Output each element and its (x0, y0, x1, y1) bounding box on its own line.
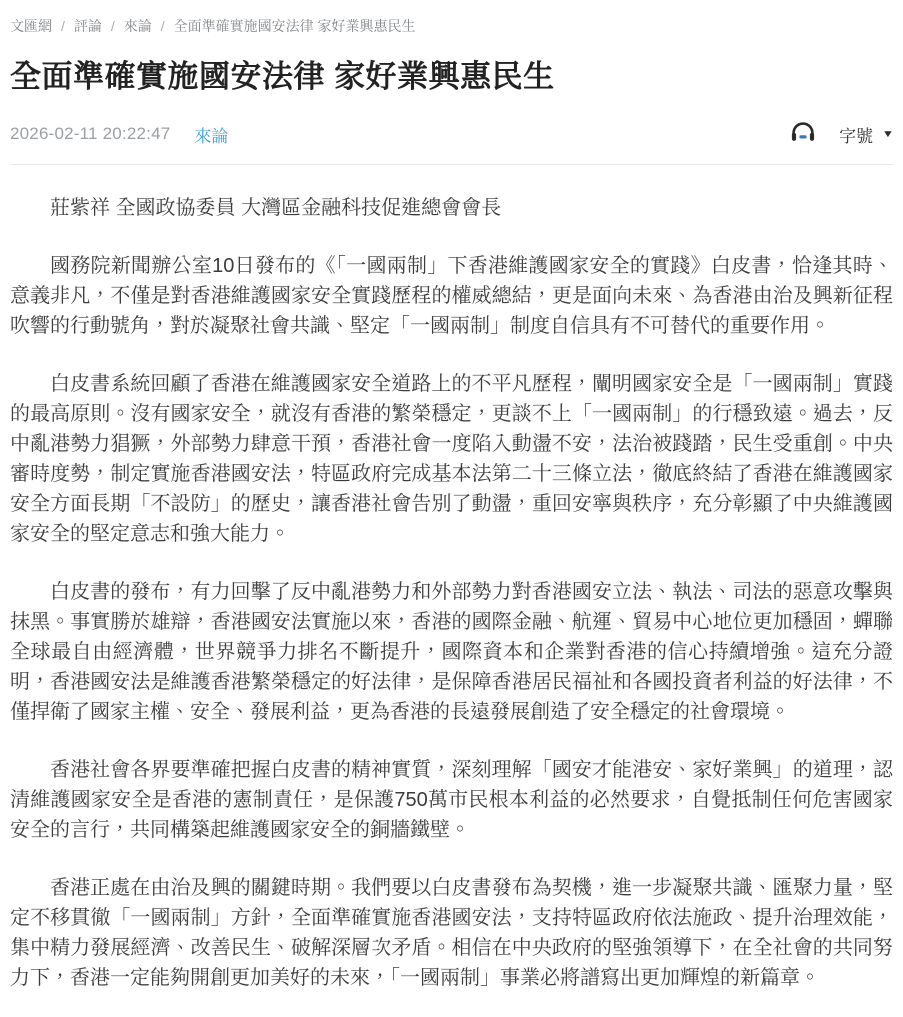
meta-left: 2026-02-11 20:22:47 來論 (10, 122, 228, 147)
font-size-label: 字號 (839, 122, 873, 147)
page-title: 全面準確實施國安法律 家好業興惠民生 (10, 58, 893, 96)
breadcrumb: 文匯網 / 評論 / 來論 / 全面準確實施國安法律 家好業興惠民生 (10, 10, 893, 38)
listen-button[interactable] (789, 120, 817, 148)
article-paragraph: 白皮書系統回顧了香港在維護國家安全道路上的不平凡歷程，闡明國家安全是「一國兩制」… (10, 369, 893, 549)
breadcrumb-separator: / (111, 18, 115, 34)
article-body: 莊紫祥 全國政協委員 大灣區金融科技促進總會會長 國務院新聞辦公室10日發布的《… (10, 193, 893, 993)
caret-down-icon: ▼ (882, 129, 894, 140)
article-meta-row: 2026-02-11 20:22:47 來論 字號 ▼ (10, 120, 893, 148)
article-paragraph: 國務院新聞辦公室10日發布的《「一國兩制」下香港維護國家安全的實踐》白皮書，恰逢… (10, 251, 893, 341)
breadcrumb-section-link[interactable]: 評論 (74, 16, 102, 36)
meta-right: 字號 ▼ (789, 120, 893, 148)
article-paragraph: 香港社會各界要準確把握白皮書的精神實質，深刻理解「國安才能港安、家好業興」的道理… (10, 755, 893, 845)
breadcrumb-current-page: 全面準確實施國安法律 家好業興惠民生 (174, 16, 416, 36)
breadcrumb-separator: / (161, 18, 165, 34)
breadcrumb-separator: / (61, 18, 65, 34)
category-link[interactable]: 來論 (194, 122, 228, 147)
breadcrumb-site-link[interactable]: 文匯網 (10, 16, 52, 36)
article-paragraph: 白皮書的發布，有力回擊了反中亂港勢力和外部勢力對香港國安立法、執法、司法的惡意攻… (10, 577, 893, 727)
header-divider (10, 164, 893, 165)
article-page: 文匯網 / 評論 / 來論 / 全面準確實施國安法律 家好業興惠民生 全面準確實… (0, 0, 903, 1017)
author-line: 莊紫祥 全國政協委員 大灣區金融科技促進總會會長 (10, 193, 893, 223)
publish-date: 2026-02-11 20:22:47 (10, 124, 170, 144)
font-size-control[interactable]: 字號 ▼ (839, 122, 893, 147)
headphones-icon (789, 120, 817, 148)
article-paragraph: 香港正處在由治及興的關鍵時期。我們要以白皮書發布為契機，進一步凝聚共識、匯聚力量… (10, 873, 893, 993)
breadcrumb-subsection-link[interactable]: 來論 (124, 16, 152, 36)
